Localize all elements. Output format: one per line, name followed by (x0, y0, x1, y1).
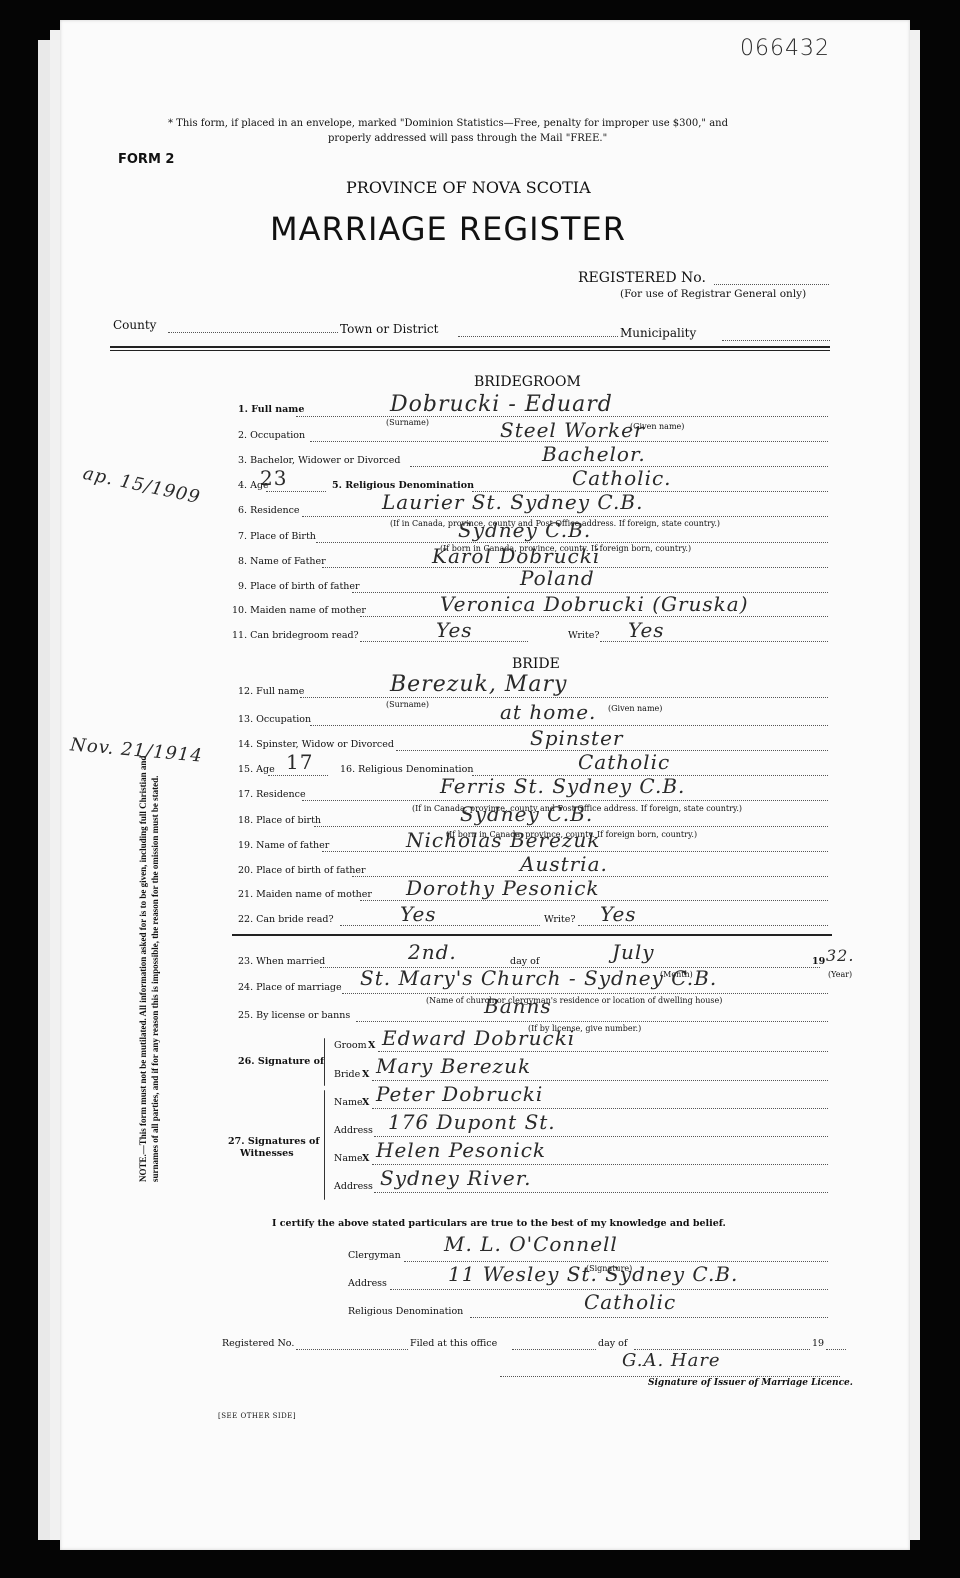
see-other-side: [SEE OTHER SIDE] (218, 1412, 296, 1420)
postal-note: * This form, if placed in an envelope, m… (168, 118, 728, 129)
postal-note-2: properly addressed will pass through the… (328, 133, 607, 144)
groom-age[interactable]: 23 (260, 466, 287, 490)
witnesses-label: 27. Signatures of (228, 1136, 319, 1147)
groom-mother-maiden-name[interactable]: Veronica Dobrucki (Gruska) (440, 592, 749, 616)
field-line (372, 1080, 828, 1081)
witness-1-address[interactable]: 176 Dupont St. (388, 1110, 556, 1134)
marriage-day[interactable]: 2nd. (408, 940, 457, 964)
municipality-label: Municipality (620, 326, 696, 340)
groom-marital-status[interactable]: Bachelor. (542, 442, 646, 466)
clergy-denomination[interactable]: Catholic (584, 1290, 676, 1314)
mark-icon: X (362, 1069, 369, 1080)
groom-can-read[interactable]: Yes (436, 618, 473, 642)
issuer-signature[interactable]: G.A. Hare (622, 1350, 721, 1371)
place-hint: (Name of church or clergyman's residence… (426, 996, 722, 1005)
field-label: 1. Full name (238, 404, 304, 415)
header-divider-thin (110, 350, 830, 351)
form-label: FORM 2 (118, 152, 174, 167)
clergy-address[interactable]: 11 Wesley St. Sydney C.B. (448, 1262, 738, 1286)
mark-icon: X (362, 1153, 369, 1164)
field-line (512, 1349, 596, 1350)
field-line (268, 775, 328, 776)
groom-birthplace[interactable]: Sydney C.B. (458, 518, 591, 542)
field-label: 6. Residence (238, 505, 300, 516)
groom-full-name[interactable]: Dobrucki - Eduard (390, 392, 613, 417)
place-of-marriage-label: 24. Place of marriage (238, 982, 342, 993)
field-label: 11. Can bridegroom read? (232, 630, 359, 641)
license-label: 25. By license or banns (238, 1010, 350, 1021)
side-note-line-1: NOTE.—This form must not be mutilated. A… (138, 756, 148, 1182)
surname-hint: (Surname) (386, 700, 429, 709)
bride-can-write[interactable]: Yes (600, 902, 637, 926)
field-label: Write? (544, 914, 575, 925)
issuer-label: Signature of Issuer of Marriage Licence. (648, 1378, 853, 1388)
witness-2-address[interactable]: Sydney River. (380, 1166, 532, 1190)
field-line (296, 1349, 408, 1350)
groom-occupation[interactable]: Steel Worker (500, 418, 644, 442)
bride-signature[interactable]: Mary Berezuk (376, 1054, 531, 1078)
registrar-note: (For use of Registrar General only) (620, 288, 806, 300)
registered-no-label-bottom: Registered No. (222, 1338, 294, 1349)
witnesses-label-2: Witnesses (240, 1148, 294, 1159)
field-label: 14. Spinster, Widow or Divorced (238, 739, 394, 750)
year-prefix: 19 (812, 956, 825, 967)
town-field[interactable] (458, 336, 618, 337)
field-line (500, 1376, 840, 1377)
field-line (378, 1051, 828, 1052)
field-label: 19. Name of father (238, 840, 329, 851)
groom-can-write[interactable]: Yes (628, 618, 665, 642)
field-line (372, 1108, 828, 1109)
bride-residence[interactable]: Ferris St. Sydney C.B. (440, 774, 685, 798)
field-line (374, 1192, 828, 1193)
bride-marital-status[interactable]: Spinster (530, 726, 623, 750)
signature-of-label: 26. Signature of (238, 1056, 324, 1067)
groom-father-name[interactable]: Karol Dobrucki (432, 544, 600, 568)
field-line (356, 1021, 828, 1022)
groom-label: Groom (334, 1040, 367, 1051)
bride-age[interactable]: 17 (286, 750, 313, 774)
margin-annotation-2: Nov. 21/1914 (69, 734, 203, 766)
header-divider (110, 346, 830, 348)
document-number: 066432 (740, 36, 830, 61)
bride-occupation[interactable]: at home. (500, 700, 596, 724)
field-label: 9. Place of birth of father (238, 581, 360, 592)
field-line (826, 1349, 846, 1350)
field-label: 17. Residence (238, 789, 306, 800)
field-line (342, 993, 828, 994)
mark-icon: X (368, 1040, 375, 1051)
registered-no-field[interactable] (714, 284, 829, 285)
field-line (372, 1164, 828, 1165)
witness-address-label: Address (334, 1125, 373, 1136)
year-hint: (Year) (828, 970, 852, 979)
field-line (360, 900, 828, 901)
field-label: 22. Can bride read? (238, 914, 334, 925)
witness-1-name[interactable]: Peter Dobrucki (376, 1082, 543, 1106)
field-line (300, 697, 828, 698)
field-label: 13. Occupation (238, 714, 311, 725)
field-label: 12. Full name (238, 686, 304, 697)
field-line (374, 1136, 828, 1137)
field-line (316, 542, 828, 543)
witness-name-label: Name (334, 1153, 363, 1164)
field-label: 15. Age (238, 764, 275, 775)
field-line (314, 826, 828, 827)
field-label: 3. Bachelor, Widower or Divorced (238, 455, 400, 466)
field-label: 7. Place of Birth (238, 531, 316, 542)
given-name-hint: (Given name) (608, 704, 662, 713)
filed-label: Filed at this office (410, 1338, 497, 1349)
surname-hint: (Surname) (386, 418, 429, 427)
bride-mother-maiden-name[interactable]: Dorothy Pesonick (406, 876, 600, 900)
bride-label: Bride (334, 1069, 360, 1080)
bridegroom-heading: BRIDEGROOM (474, 374, 581, 390)
place-of-marriage[interactable]: St. Mary's Church - Sydney C.B. (360, 966, 717, 990)
page-title: MARRIAGE REGISTER (270, 210, 626, 248)
witness-brace (324, 1090, 325, 1200)
marriage-year[interactable]: 32. (826, 946, 854, 965)
bride-heading: BRIDE (512, 656, 560, 672)
bride-father-name[interactable]: Nicholas Berezuk (406, 828, 600, 852)
filing-day-of-label: day of (598, 1338, 627, 1349)
witness-address-label: Address (334, 1181, 373, 1192)
license-or-banns[interactable]: Banns (484, 994, 552, 1018)
groom-father-birthplace[interactable]: Poland (520, 566, 595, 590)
county-field[interactable] (168, 332, 338, 333)
field-label: 21. Maiden name of mother (238, 889, 372, 900)
registered-no-label: REGISTERED No. (578, 270, 706, 286)
town-label: Town or District (340, 322, 438, 336)
bride-birthplace[interactable]: Sydney C.B. (460, 802, 593, 826)
clergyman-label: Clergyman (348, 1250, 401, 1261)
province-heading: PROVINCE OF NOVA SCOTIA (346, 178, 591, 197)
field-label: Write? (568, 630, 599, 641)
clergyman-signature[interactable]: M. L. O'Connell (444, 1232, 618, 1256)
municipality-field[interactable] (722, 340, 830, 341)
marriage-register-form: 066432 * This form, if placed in an enve… (60, 20, 910, 1550)
side-note-line-2: surnames of all parties, and if for any … (150, 776, 160, 1182)
bride-can-read[interactable]: Yes (400, 902, 437, 926)
bride-full-name[interactable]: Berezuk, Mary (390, 672, 567, 697)
bride-father-birthplace[interactable]: Austria. (520, 852, 608, 876)
bride-divider (232, 934, 832, 936)
bride-religion[interactable]: Catholic (578, 750, 670, 774)
margin-annotation-1: ap. 15/1909 (81, 463, 202, 508)
field-line (266, 491, 326, 492)
field-label: 18. Place of birth (238, 815, 321, 826)
field-line (340, 925, 540, 926)
witness-2-name[interactable]: Helen Pesonick (376, 1138, 546, 1162)
field-label: 8. Name of Father (238, 556, 326, 567)
filing-year-prefix: 19 (812, 1338, 824, 1349)
groom-signature[interactable]: Edward Dobrucki (382, 1026, 575, 1050)
marriage-month[interactable]: July (612, 940, 655, 964)
witness-name-label: Name (334, 1097, 363, 1108)
field-label: 2. Occupation (238, 430, 305, 441)
field-line (302, 516, 828, 517)
when-married-label: 23. When married (238, 956, 325, 967)
groom-religion[interactable]: Catholic. (572, 466, 672, 490)
certification-statement: I certify the above stated particulars a… (272, 1218, 726, 1229)
field-line (470, 1317, 828, 1318)
field-label: 10. Maiden name of mother (232, 605, 366, 616)
county-label: County (113, 318, 156, 332)
groom-residence[interactable]: Laurier St. Sydney C.B. (382, 490, 643, 514)
clergy-denomination-label: Religious Denomination (348, 1306, 463, 1317)
field-label: 20. Place of birth of father (238, 865, 366, 876)
clergy-address-label: Address (348, 1278, 387, 1289)
mark-icon: X (362, 1097, 369, 1108)
signature-brace (324, 1038, 325, 1086)
field-line (302, 800, 828, 801)
field-line (360, 616, 828, 617)
